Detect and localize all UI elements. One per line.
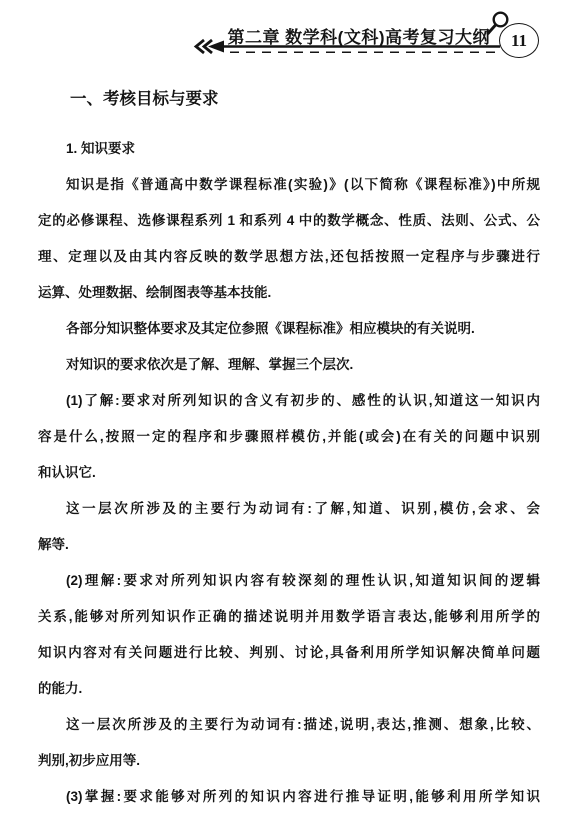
- text-line: 知识是指《普通高中数学课程标准(实验)》(以下简称《课程标准》)中所规: [38, 167, 540, 203]
- text-line: 运算、处理数据、绘制图表等基本技能.: [38, 275, 540, 311]
- chapter-running-head: 第二章 数学科(文科)高考复习大纲: [227, 23, 490, 48]
- left-chevrons-icon: [196, 40, 212, 53]
- text-line: (2)理解:要求对所列知识内容有较深刻的理性认识,知道知识间的逻辑: [38, 563, 540, 599]
- page-number-badge: 11: [499, 23, 539, 58]
- text-line: 理、定理以及由其内容反映的数学思想方法,还包括按照一定程序与步骤进行: [38, 239, 540, 275]
- text-line: 1. 知识要求: [38, 131, 540, 167]
- text-line: 关系,能够对所列知识作正确的描述说明并用数学语言表达,能够利用所学的: [38, 599, 540, 635]
- text-line: 定的必修课程、选修课程系列 1 和系列 4 中的数学概念、性质、法则、公式、公: [38, 203, 540, 239]
- text-line: 知识内容对有关问题进行比较、判别、讨论,具备利用所学知识解决简单问题: [38, 635, 540, 671]
- text-line: (3)掌握:要求能够对所列的知识内容进行推导证明,能够利用所学知识: [38, 779, 540, 815]
- text-line: 这一层次所涉及的主要行为动词有:了解,知道、识别,模仿,会求、会: [38, 491, 540, 527]
- text-line: 和认识它.: [38, 455, 540, 491]
- text-line: 这一层次所涉及的主要行为动词有:描述,说明,表达,推测、想象,比较、: [38, 707, 540, 743]
- page-number: 11: [511, 31, 527, 51]
- text-line: 各部分知识整体要求及其定位参照《课程标准》相应模块的有关说明.: [38, 311, 540, 347]
- text-line: 判别,初步应用等.: [38, 743, 540, 779]
- body-text-block: 1. 知识要求知识是指《普通高中数学课程标准(实验)》(以下简称《课程标准》)中…: [38, 131, 540, 815]
- text-line: (1)了解:要求对所列知识的含义有初步的、感性的认识,知道这一知识内: [38, 383, 540, 419]
- scanned-document-page: 第二章 数学科(文科)高考复习大纲 11 一、考核目标与要求 1. 知识要求知识…: [0, 0, 580, 820]
- text-line: 对知识的要求依次是了解、理解、掌握三个层次.: [38, 347, 540, 383]
- text-line: 容是什么,按照一定的程序和步骤照样模仿,并能(或会)在有关的问题中识别: [38, 419, 540, 455]
- section-heading: 一、考核目标与要求: [70, 85, 219, 109]
- text-line: 解等.: [38, 527, 540, 563]
- text-line: 的能力.: [38, 671, 540, 707]
